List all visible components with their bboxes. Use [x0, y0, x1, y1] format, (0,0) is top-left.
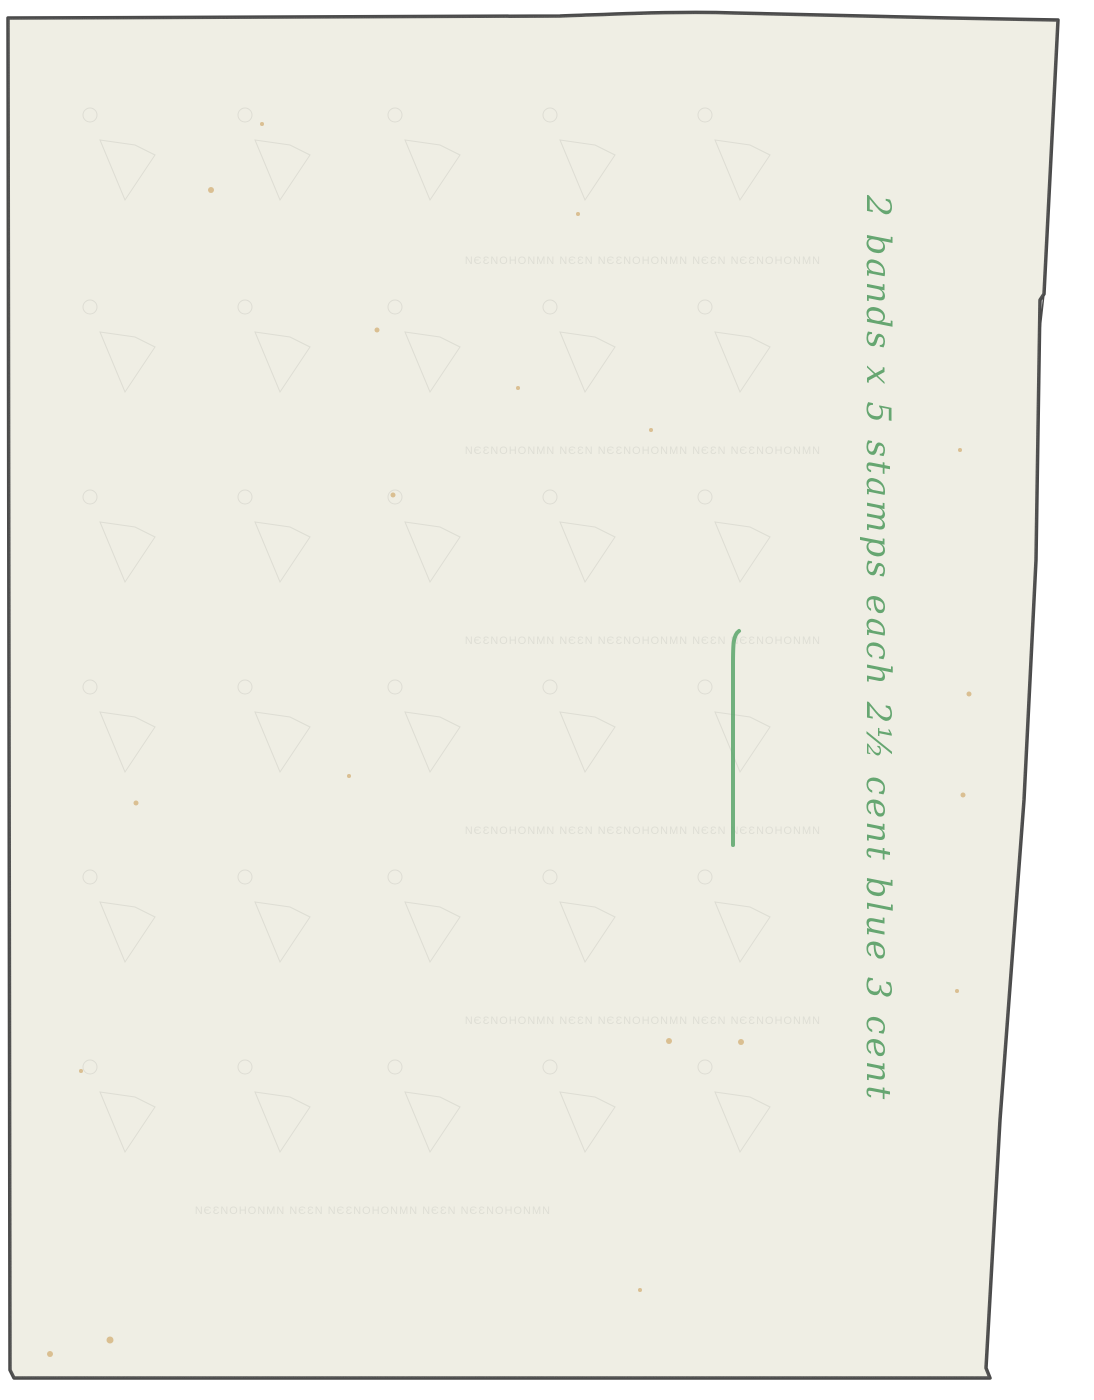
show-through-caption-row: ИМИОНОИЗЭИ ИЗЭИ ИМИОНОИЗЭИ ИЗЭИ ИМИОНОИЗ…	[70, 445, 820, 461]
show-through-caption-row: ИМИОНОИЗЭИ ИЗЭИ ИМИОНОИЗЭИ ИЗЭИ ИМИОНОИЗ…	[70, 1205, 550, 1221]
show-through-caption-row: ИМИОНОИЗЭИ ИЗЭИ ИМИОНОИЗЭИ ИЗЭИ ИМИОНОИЗ…	[70, 1015, 820, 1031]
paper-sheet	[0, 0, 1094, 1400]
show-through-caption-row: ИМИОНОИЗЭИ ИЗЭИ ИМИОНОИЗЭИ ИЗЭИ ИМИОНОИЗ…	[70, 825, 820, 841]
show-through-caption-row: ИМИОНОИЗЭИ ИЗЭИ ИМИОНОИЗЭИ ИЗЭИ ИМИОНОИЗ…	[70, 255, 820, 271]
show-through-caption-row: ИМИОНОИЗЭИ ИЗЭИ ИМИОНОИЗЭИ ИЗЭИ ИМИОНОИЗ…	[70, 635, 820, 651]
pencil-dash-mark	[725, 625, 745, 855]
handwritten-annotation: 2 bands x 5 stamps each 2½ cent blue 3 c…	[858, 195, 898, 1295]
paper-outline	[0, 0, 1094, 1400]
annotation-text: 2 bands x 5 stamps each 2½ cent blue 3 c…	[858, 195, 898, 1102]
